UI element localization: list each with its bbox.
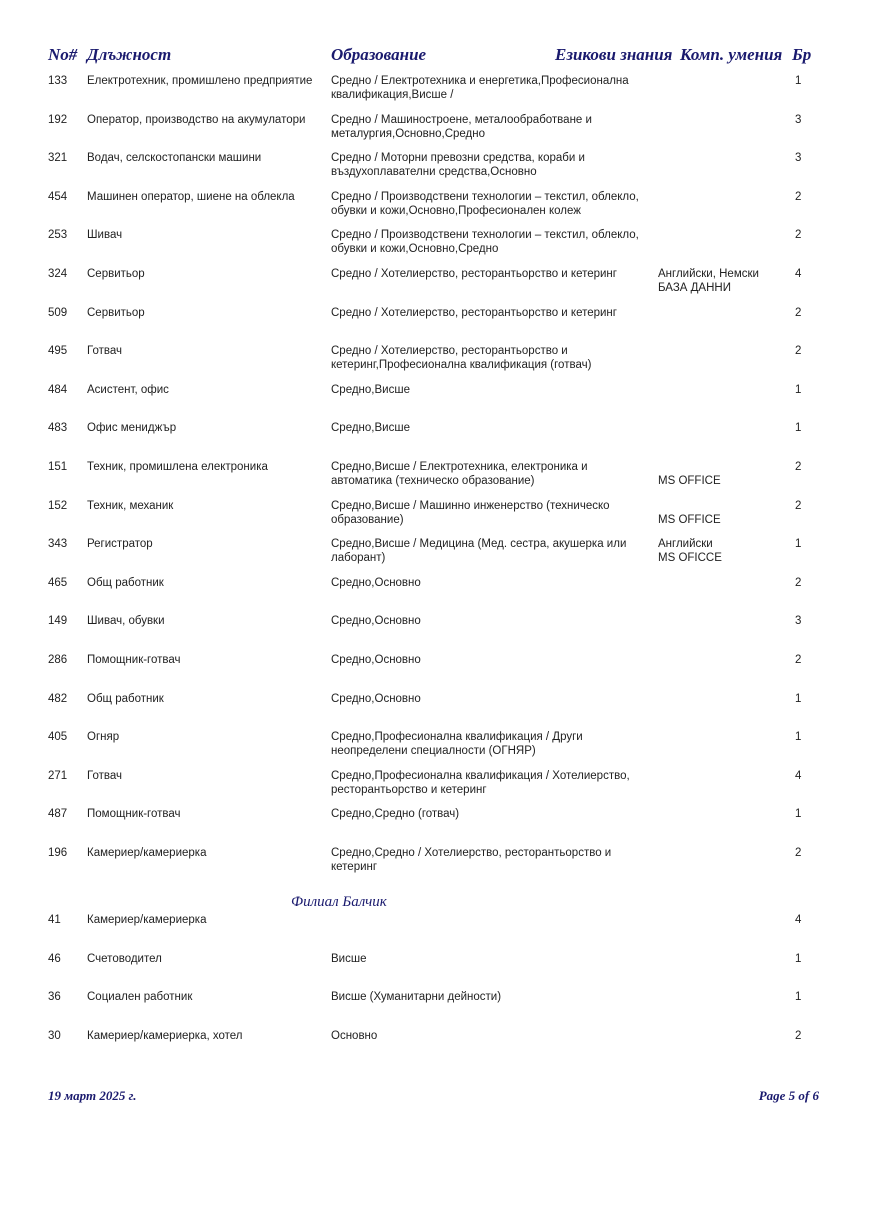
row-position: Машинен оператор, шиене на облекла: [87, 190, 317, 204]
row-count: 1: [795, 383, 801, 397]
row-number: 343: [48, 537, 67, 551]
row-education: Средно,Висше / Машинно инженерство (техн…: [331, 499, 646, 527]
header-position: Длъжност: [87, 45, 171, 65]
row-education: Средно / Производствени технологии – тек…: [331, 190, 646, 218]
row-number: 324: [48, 267, 67, 281]
row-education: Средно,Професионална квалификация / Хоте…: [331, 769, 646, 797]
header-education: Образование: [331, 45, 426, 65]
row-position: Камериер/камериерка: [87, 913, 317, 927]
row-education: Средно / Електротехника и енергетика,Про…: [331, 74, 646, 102]
row-education: Основно: [331, 1029, 646, 1043]
section-title: Филиал Балчик: [291, 894, 387, 911]
row-education: Средно / Хотелиерство, ресторантьорство …: [331, 306, 646, 320]
row-number: 41: [48, 913, 61, 927]
row-position: Социален работник: [87, 990, 317, 1004]
row-position: Водач, селскостопански машини: [87, 151, 317, 165]
row-number: 484: [48, 383, 67, 397]
row-count: 1: [795, 692, 801, 706]
row-position: Сервитьор: [87, 306, 317, 320]
row-education: Средно,Висше: [331, 383, 646, 397]
header-computer-skills: Комп. умения: [680, 45, 782, 65]
row-position: Техник, промишлена електроника: [87, 460, 317, 474]
row-count: 1: [795, 990, 801, 1004]
row-position: Техник, механик: [87, 499, 317, 513]
row-education: Средно,Висше / Медицина (Мед. сестра, ак…: [331, 537, 646, 565]
row-position: Помощник-готвач: [87, 653, 317, 667]
row-position: Помощник-готвач: [87, 807, 317, 821]
row-position: Счетоводител: [87, 952, 317, 966]
row-number: 30: [48, 1029, 61, 1043]
row-count: 3: [795, 113, 801, 127]
footer-date: 19 март 2025 г.: [48, 1088, 136, 1104]
header-count: Бр: [792, 45, 811, 65]
row-count: 2: [795, 576, 801, 590]
row-number: 253: [48, 228, 67, 242]
row-number: 149: [48, 614, 67, 628]
row-position: Готвач: [87, 344, 317, 358]
row-position: Шивач: [87, 228, 317, 242]
row-number: 321: [48, 151, 67, 165]
row-number: 46: [48, 952, 61, 966]
row-count: 4: [795, 267, 801, 281]
row-count: 3: [795, 614, 801, 628]
row-number: 36: [48, 990, 61, 1004]
row-number: 509: [48, 306, 67, 320]
row-skills: MS OFFICE: [658, 460, 778, 488]
row-education: Средно,Висше: [331, 421, 646, 435]
row-number: 482: [48, 692, 67, 706]
row-position: Готвач: [87, 769, 317, 783]
row-education: Средно,Основно: [331, 653, 646, 667]
row-education: Средно,Основно: [331, 692, 646, 706]
row-skills: Английски MS OFICCE: [658, 537, 778, 565]
row-number: 196: [48, 846, 67, 860]
row-count: 2: [795, 344, 801, 358]
row-position: Сервитьор: [87, 267, 317, 281]
row-education: Средно / Производствени технологии – тек…: [331, 228, 646, 256]
row-number: 487: [48, 807, 67, 821]
row-number: 465: [48, 576, 67, 590]
row-count: 4: [795, 769, 801, 783]
row-education: Средно,Средно / Хотелиерство, ресторанть…: [331, 846, 646, 874]
row-count: 1: [795, 421, 801, 435]
row-skills: Английски, Немски БАЗА ДАННИ: [658, 267, 778, 295]
row-position: Камериер/камериерка, хотел: [87, 1029, 317, 1043]
row-position: Офис мениджър: [87, 421, 317, 435]
row-number: 405: [48, 730, 67, 744]
row-education: Средно,Основно: [331, 614, 646, 628]
row-position: Регистратор: [87, 537, 317, 551]
row-count: 1: [795, 74, 801, 88]
footer-page-number: Page 5 of 6: [759, 1088, 819, 1104]
row-count: 1: [795, 807, 801, 821]
row-number: 151: [48, 460, 67, 474]
row-education: Средно,Професионална квалификация / Друг…: [331, 730, 646, 758]
row-number: 133: [48, 74, 67, 88]
row-count: 2: [795, 306, 801, 320]
row-number: 495: [48, 344, 67, 358]
row-count: 1: [795, 730, 801, 744]
row-education: Висше: [331, 952, 646, 966]
row-education: Средно / Хотелиерство, ресторантьорство …: [331, 344, 646, 372]
row-count: 2: [795, 460, 801, 474]
row-position: Огняр: [87, 730, 317, 744]
row-count: 1: [795, 537, 801, 551]
row-education: Средно,Основно: [331, 576, 646, 590]
row-count: 2: [795, 499, 801, 513]
row-count: 2: [795, 1029, 801, 1043]
row-count: 1: [795, 952, 801, 966]
row-education: Средно / Хотелиерство, ресторантьорство …: [331, 267, 646, 281]
row-education: Средно,Средно (готвач): [331, 807, 646, 821]
row-position: Шивач, обувки: [87, 614, 317, 628]
row-education: Средно,Висше / Електротехника, електрони…: [331, 460, 646, 488]
row-position: Камериер/камериерка: [87, 846, 317, 860]
row-position: Електротехник, промишлено предприятие: [87, 74, 317, 88]
row-number: 152: [48, 499, 67, 513]
row-position: Оператор, производство на акумулатори: [87, 113, 317, 127]
header-no: No#: [48, 45, 77, 65]
header-languages: Езикови знания: [555, 45, 672, 65]
row-count: 2: [795, 190, 801, 204]
row-number: 271: [48, 769, 67, 783]
row-number: 286: [48, 653, 67, 667]
row-position: Общ работник: [87, 692, 317, 706]
row-skills: MS OFFICE: [658, 499, 778, 527]
row-education: Средно / Моторни превозни средства, кора…: [331, 151, 646, 179]
row-count: 2: [795, 846, 801, 860]
row-education: Средно / Машиностроене, металообработван…: [331, 113, 646, 141]
row-position: Общ работник: [87, 576, 317, 590]
row-number: 192: [48, 113, 67, 127]
row-number: 454: [48, 190, 67, 204]
row-count: 2: [795, 228, 801, 242]
row-number: 483: [48, 421, 67, 435]
row-education: Висше (Хуманитарни дейности): [331, 990, 646, 1004]
row-position: Асистент, офис: [87, 383, 317, 397]
row-count: 3: [795, 151, 801, 165]
row-count: 2: [795, 653, 801, 667]
row-count: 4: [795, 913, 801, 927]
